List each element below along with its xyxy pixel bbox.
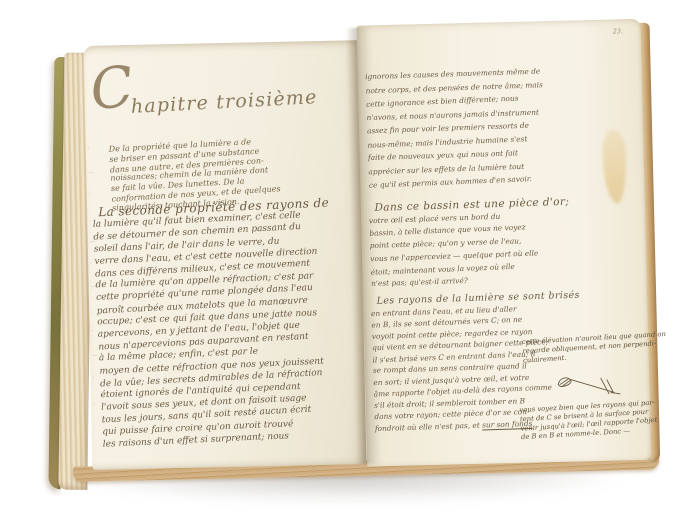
left-page: '~',~'~,'~', C hapitre troisième De la p… [84,40,367,470]
manuscript-photo: '~',~'~,'~', C hapitre troisième De la p… [0,0,700,526]
paper-stain [602,129,627,204]
right-paragraph-1-lines: ignorons les causes des mouvements même … [365,65,521,192]
right-paragraph-2: Dans ce bassin est une pièce d'or;votre … [368,197,523,291]
chapter-heading: C hapitre troisième [104,86,105,136]
left-body-text: La seconde propriété des rayons dela lum… [92,196,355,451]
handwritten-line: ~ [88,169,100,177]
handwritten-line: ' [88,146,100,154]
right-paragraph-2-lines: Dans ce bassin est une pièce d'or;votre … [368,197,523,291]
left-body-lines: La seconde propriété des rayons dela lum… [92,196,355,451]
chapter-drop-cap: C [87,59,137,120]
handwritten-line: ' [89,191,101,199]
last-line-text: fondroit où elle n'est pas, et [375,420,483,433]
right-paragraph-3-lines: Les rayons de la lumière se sont brisése… [370,291,526,422]
margin-sketch [552,367,626,402]
right-page: 23. ignorons les causes des mouvements m… [356,19,651,467]
margin-note-2: vous voyez bien que les rayons qui par-t… [519,398,661,442]
chapter-heading-text: hapitre troisième [130,86,318,118]
open-book: '~',~'~,'~', C hapitre troisième De la p… [32,6,667,499]
right-paragraph-3: Les rayons de la lumière se sont brisése… [370,291,526,434]
margin-note-1: cette élévation n'auroit lieu que quand … [522,330,663,365]
right-paragraph-1: ignorons les causes des mouvements même … [365,65,521,192]
page-number: 23. [613,27,624,35]
